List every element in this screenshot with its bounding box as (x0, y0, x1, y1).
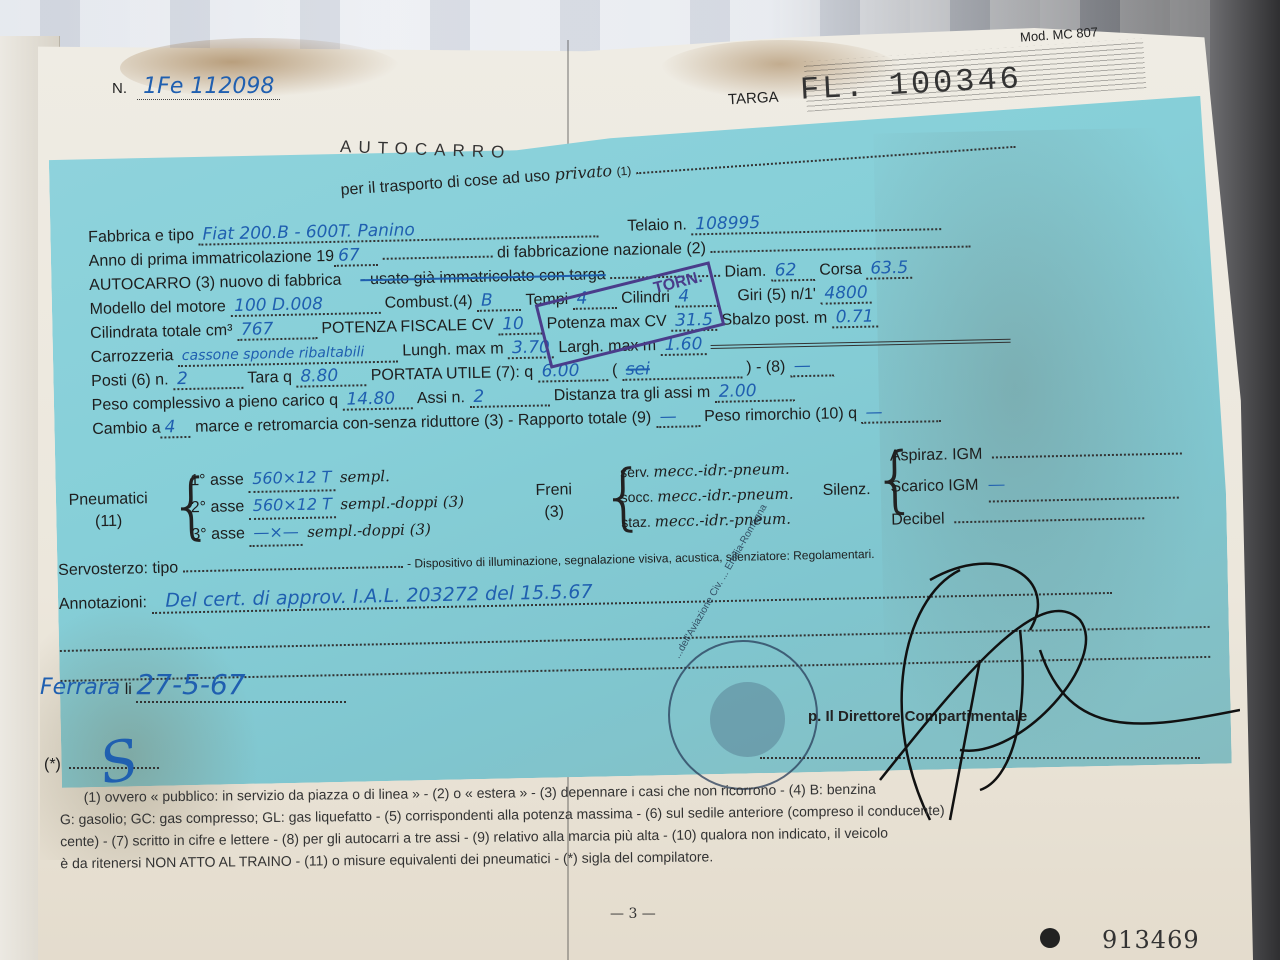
combust-label: Combust.(4) (384, 293, 472, 313)
cambio-label: Cambio a (92, 420, 161, 439)
document-number-label: N. (112, 80, 127, 97)
peso-label: Peso complessivo a pieno carico q (92, 392, 339, 415)
dotted-line (710, 246, 970, 253)
silencer-row-value (992, 452, 1182, 458)
punch-hole (1040, 928, 1060, 948)
assi-value: 2 (469, 386, 549, 408)
assi-label: Assi n. (417, 389, 465, 408)
posti-label: Posti (6) n. (91, 371, 169, 391)
tara-label: Tara q (247, 369, 292, 388)
potenza-fiscale-value: 10 (498, 315, 542, 336)
footnotes: (1) ovvero « pubblico: in servizio da pi… (60, 774, 1251, 874)
anno-value: 67 (334, 246, 378, 267)
brakes-label-text: Freni (535, 479, 572, 502)
silencer-row-label: Aspiraz. IGM (890, 446, 983, 465)
tyres-label: Pneumatici (11) (68, 488, 148, 534)
tyre-suffix: sempl. (340, 467, 390, 486)
lungh-label: Lungh. max m (402, 340, 504, 360)
dotted-line (383, 256, 493, 260)
brake-type: socc. (621, 489, 654, 506)
anno-label: Anno di prima immatricolazione 19 (89, 248, 335, 271)
telaio-value: 108995 (691, 210, 941, 235)
carrozzeria-value: cassone sponde ribaltabili (178, 343, 398, 368)
place-value: Ferrara (40, 675, 120, 700)
document-number: N. 1Fe 112098 (112, 74, 280, 99)
distanza-label: Distanza tra gli assi m (554, 384, 711, 405)
portata-label: PORTATA UTILE (7): q (371, 364, 534, 385)
corsa-value: 63.5 (866, 259, 912, 280)
note8-label: - (8) (756, 358, 786, 377)
silencer-row: Decibel (891, 498, 1184, 535)
tyre-size: 560×12 T (248, 464, 336, 493)
cambio-value: 4 (160, 418, 190, 439)
giri-value: 4800 (820, 284, 872, 305)
brake-value: mecc.-idr.-pneum. (657, 485, 794, 506)
modello-value: 100 D.008 (230, 294, 380, 317)
cambio-text: marce e retromarcia con-senza riduttore … (195, 412, 514, 437)
brakes-note: (3) (536, 501, 573, 524)
silencer-row-value: — (988, 466, 1179, 503)
tyre-axle: 2° asse (191, 498, 245, 516)
brake-row: staz. mecc.-idr.-pneum. (621, 507, 794, 536)
brake-type: staz. (621, 514, 651, 531)
plate-label: TARGA (728, 89, 779, 109)
diam-value: 62 (771, 261, 815, 282)
rimorchio-label: Peso rimorchio (10) q (704, 405, 857, 426)
brake-type: serv. (620, 464, 650, 481)
carrozzeria-label: Carrozzeria (91, 347, 174, 367)
fabbricazione-label: di fabbricazione nazionale (2) (497, 240, 706, 262)
servosterzo-label: Servosterzo: tipo (58, 559, 178, 579)
sbalzo-value: 0.71 (832, 307, 878, 328)
portata-words: sei (622, 358, 742, 381)
autocarro-label: AUTOCARRO (3) nuovo di fabbrica (89, 272, 342, 295)
fabbrica-label: Fabbrica e tipo (88, 227, 194, 247)
lower-fields: Servosterzo: tipo - Dispositivo di illum… (58, 538, 1220, 682)
tara-value: 8.80 (296, 366, 366, 387)
tyre-suffix: sempl.-doppi (3) (340, 493, 464, 514)
potenza-fiscale-label: POTENZA FISCALE CV (321, 317, 494, 339)
subtitle-usage: privato (554, 161, 613, 184)
corsa-label: Corsa (819, 261, 862, 280)
tyre-size: —×— (249, 519, 303, 547)
tyres-note: (11) (69, 510, 149, 534)
silencer-label: Silenz. (822, 481, 870, 500)
distanza-value: 2.00 (715, 381, 795, 403)
silencer-row-label: Scarico IGM (890, 477, 978, 496)
serial-number: 913469 (1102, 926, 1200, 954)
portata-value: 6.00 (537, 361, 607, 382)
tyre-row: 3° asse —×— sempl.-doppi (3) (191, 516, 465, 549)
brakes-label: Freni (3) (535, 479, 572, 524)
dotted-line (183, 556, 403, 573)
usato-label: - usato già immatricolato con targa (360, 266, 606, 289)
tyre-axle: 3° asse (191, 525, 245, 543)
annotazioni-label: Annotazioni: (59, 594, 147, 613)
date-value: 27-5-67 (136, 668, 346, 703)
cilindrata-value: 767 (237, 319, 317, 341)
brake-row: serv. mecc.-idr.-pneum. (620, 457, 793, 486)
combust-value: B (477, 291, 521, 312)
rapporto-label: Rapporto totale (9) (518, 409, 652, 430)
tyre-suffix: sempl.-doppi (3) (307, 520, 431, 541)
rimorchio-value: — (861, 402, 941, 424)
giri-label: Giri (5) n/1' (737, 286, 816, 306)
director-title: p. Il Direttore Compartimentale (808, 708, 1027, 725)
diam-label: Diam. (724, 263, 766, 282)
silencer-list: Aspiraz. IGM Scarico IGM— Decibel (890, 434, 1184, 535)
tyres-list: 1° asse 560×12 T sempl. 2° asse 560×12 T… (190, 462, 465, 549)
brake-value: mecc.-idr.-pneum. (654, 510, 791, 531)
brake-value: mecc.-idr.-pneum. (653, 460, 790, 481)
cilindrata-label: Cilindrata totale cm³ (90, 322, 233, 343)
telaio-label: Telaio n. (627, 216, 687, 235)
official-stamp (668, 640, 818, 790)
compiler-label: (*) (44, 756, 61, 773)
peso-value: 14.80 (342, 389, 412, 410)
brake-row: socc. mecc.-idr.-pneum. (620, 482, 793, 511)
note8-value: — (790, 356, 834, 377)
dotted-line (760, 757, 1200, 759)
document-number-value: 1Fe 112098 (137, 74, 280, 100)
brakes-list: serv. mecc.-idr.-pneum. socc. mecc.-idr.… (620, 457, 794, 536)
tyre-size: 560×12 T (249, 491, 337, 520)
tyre-axle: 1° asse (190, 471, 244, 489)
posti-value: 2 (173, 369, 243, 390)
tyres-label-text: Pneumatici (68, 488, 148, 512)
place-date: Ferrara li 27-5-67 (40, 668, 346, 703)
security-lines (711, 339, 1011, 349)
modello-label: Modello del motore (90, 298, 226, 319)
page-number: — 3 — (610, 906, 656, 922)
rapporto-value: — (655, 407, 699, 428)
silencer-row-label: Decibel (891, 510, 945, 528)
li-label: li (125, 681, 132, 698)
subtitle-note: (1) (616, 164, 632, 179)
sbalzo-label: Sbalzo post. m (721, 310, 827, 330)
silencer-row-value (955, 517, 1145, 523)
